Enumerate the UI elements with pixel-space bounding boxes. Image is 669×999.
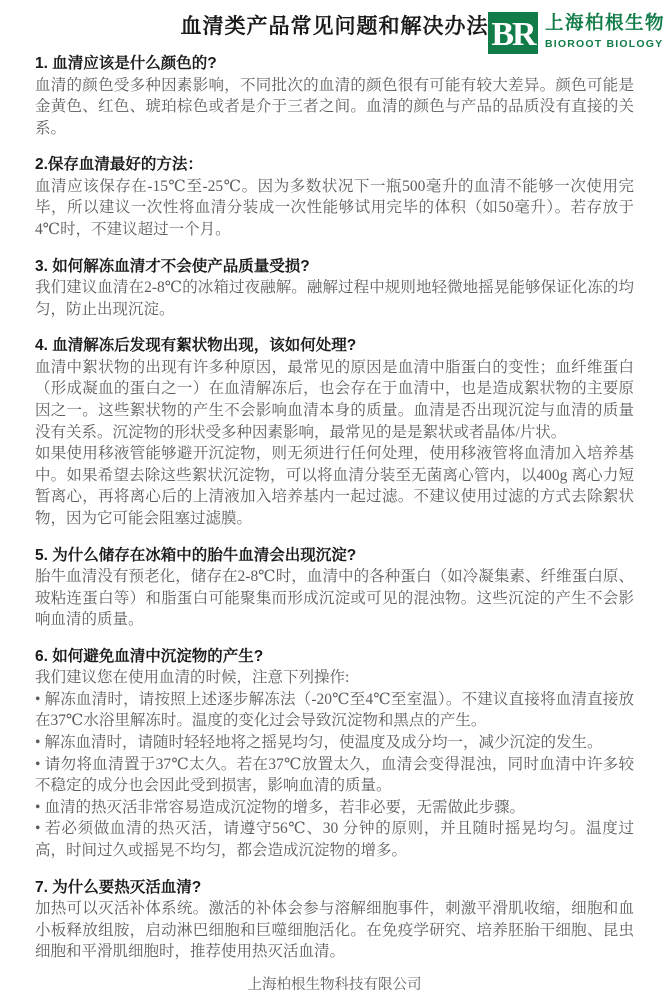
page-footer: 上海柏根生物科技有限公司 [35,973,634,994]
bullet-text: 解冻血清时，请随时轻轻地将之摇晃均匀，使温度及成分均一，减少沉淀的发生。 [44,734,602,751]
bullet-item: •解冻血清时，请按照上述逐步解冻法（-20℃至4℃至室温）。不建议直接将血清直接… [35,689,634,732]
bullet-item: •血清的热灭活非常容易造成沉淀物的增多，若非必要，无需做此步骤。 [35,797,634,819]
section-paragraph: 我们建议您在使用血清的时候，注意下列操作: [35,667,634,689]
section-paragraph: 血清应该保存在-15℃至-25℃。因为多数状况下一瓶500毫升的血清不能够一次使… [35,176,634,241]
section-heading: 7. 为什么要热灭活血清? [35,877,634,899]
bullet-icon: • [35,799,40,816]
document-page: 血清类产品常见问题和解决办法 BR 上海柏根生物 BIOROOT BIOLOGY… [0,0,669,999]
bullet-icon: • [35,734,40,751]
section-heading: 4. 血清解冻后发现有絮状物出现，该如何处理? [35,335,634,357]
section-heading: 2.保存血清最好的方法： [35,154,634,176]
logo-company-name-cn: 上海柏根生物 [545,12,665,34]
section-paragraph: 加热可以灭活补体系统。激活的补体会参与溶解细胞事件，刺激平滑肌收缩，细胞和血小板… [35,898,634,963]
bullet-icon: • [35,820,40,837]
logo-text: 上海柏根生物 BIOROOT BIOLOGY [545,12,665,50]
bullet-icon: • [35,691,40,708]
faq-section-6: 6. 如何避免血清中沉淀物的产生?我们建议您在使用血清的时候，注意下列操作:•解… [35,646,634,862]
bullet-text: 若必须做血清的热灭活，请遵守56℃、30 分钟的原则，并且随时摇晃均匀。温度过高… [35,820,634,859]
section-paragraph: 血清中絮状物的出现有许多种原因，最常见的原因是血清中脂蛋白的变性；血纤维蛋白（形… [35,357,634,443]
section-paragraph: 胎牛血清没有预老化，储存在2-8℃时，血清中的各种蛋白（如冷凝集素、纤维蛋白原、… [35,566,634,631]
bullet-text: 请勿将血清置于37℃太久。若在37℃放置太久，血清会变得混浊，同时血清中许多较不… [35,756,634,795]
section-heading: 6. 如何避免血清中沉淀物的产生? [35,646,634,668]
company-logo: BR 上海柏根生物 BIOROOT BIOLOGY [488,12,665,54]
section-heading: 5. 为什么储存在冰箱中的胎牛血清会出现沉淀? [35,545,634,567]
bullet-text: 血清的热灭活非常容易造成沉淀物的增多，若非必要，无需做此步骤。 [44,799,525,816]
bullet-item: •请勿将血清置于37℃太久。若在37℃放置太久，血清会变得混浊，同时血清中许多较… [35,754,634,797]
faq-sections: 1. 血清应该是什么颜色的?血清的颜色受多种因素影响，不同批次的血清的颜色很有可… [35,53,634,963]
section-heading: 1. 血清应该是什么颜色的? [35,53,634,75]
bullet-item: •解冻血清时，请随时轻轻地将之摇晃均匀，使温度及成分均一，减少沉淀的发生。 [35,732,634,754]
faq-section-2: 2.保存血清最好的方法：血清应该保存在-15℃至-25℃。因为多数状况下一瓶50… [35,154,634,240]
section-paragraph: 血清的颜色受多种因素影响，不同批次的血清的颜色很有可能有较大差异。颜色可能是金黄… [35,75,634,140]
bullet-text: 解冻血清时，请按照上述逐步解冻法（-20℃至4℃至室温）。不建议直接将血清直接放… [35,691,634,730]
section-heading: 3. 如何解冻血清才不会使产品质量受损? [35,256,634,278]
faq-section-3: 3. 如何解冻血清才不会使产品质量受损?我们建议血清在2-8℃的冰箱过夜融解。融… [35,256,634,321]
faq-section-7: 7. 为什么要热灭活血清?加热可以灭活补体系统。激活的补体会参与溶解细胞事件，刺… [35,877,634,963]
faq-section-4: 4. 血清解冻后发现有絮状物出现，该如何处理?血清中絮状物的出现有许多种原因，最… [35,335,634,529]
faq-section-5: 5. 为什么储存在冰箱中的胎牛血清会出现沉淀?胎牛血清没有预老化，储存在2-8℃… [35,545,634,631]
section-paragraph: 我们建议血清在2-8℃的冰箱过夜融解。融解过程中规则地轻微地摇晃能够保证化冻的均… [35,277,634,320]
logo-monogram-icon: BR [488,12,538,54]
bullet-item: •若必须做血清的热灭活，请遵守56℃、30 分钟的原则，并且随时摇晃均匀。温度过… [35,818,634,861]
logo-company-name-en: BIOROOT BIOLOGY [545,38,665,50]
faq-section-1: 1. 血清应该是什么颜色的?血清的颜色受多种因素影响，不同批次的血清的颜色很有可… [35,53,634,139]
bullet-icon: • [35,756,40,773]
section-paragraph: 如果使用移液管能够避开沉淀物，则无须进行任何处理，使用移液管将血清加入培养基中。… [35,443,634,529]
